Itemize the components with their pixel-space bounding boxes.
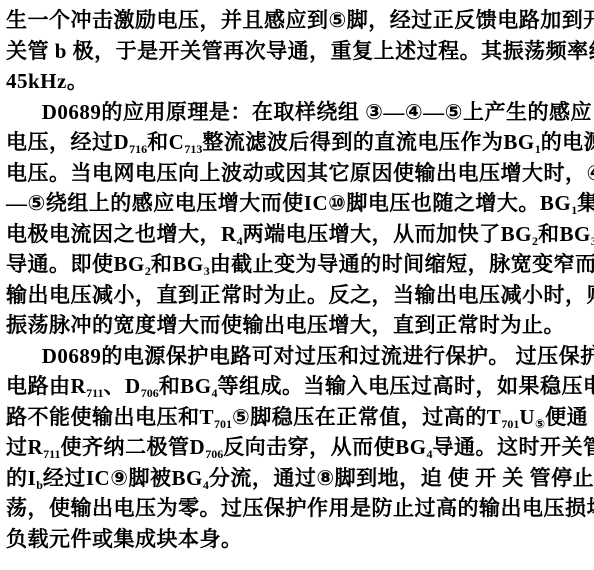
paragraph: D0689的应用原理是：在取样绕组 ③—④—⑤上产生的感应电压，经过D716和C… (6, 97, 588, 341)
subscript: 1 (571, 203, 577, 217)
text-line: 振荡脉冲的宽度增大而使输出电压增大，直到正常时为止。 (6, 310, 588, 341)
text-line: D0689的应用原理是：在取样绕组 ③—④—⑤上产生的感应 (6, 97, 588, 128)
text-line: 荡，使输出电压为零。过压保护作用是防止过高的输出电压损坏 (6, 493, 588, 524)
subscript: 2 (532, 234, 538, 248)
text-line: 过R711使齐纳二极管D706反向击穿，从而使BG4导通。这时开关管 (6, 432, 588, 463)
subscript: 4 (203, 478, 209, 492)
subscript: 701 (214, 417, 232, 431)
subscript: 3 (204, 264, 210, 278)
document-text-block: 生一个冲击激励电压，并且感应到⑤脚，经过正反馈电路加到开关管 b 极，于是开关管… (6, 5, 588, 554)
text-line: —⑤绕组上的感应电压增大而使IC⑩脚电压也随之增大。BG1集 (6, 188, 588, 219)
text-line: D0689的电源保护电路可对过压和过流进行保护。 过压保护 (6, 341, 588, 372)
paragraph: 生一个冲击激励电压，并且感应到⑤脚，经过正反馈电路加到开关管 b 极，于是开关管… (6, 5, 588, 97)
subscript: 706 (205, 447, 223, 461)
text-line: 生一个冲击激励电压，并且感应到⑤脚，经过正反馈电路加到开 (6, 5, 588, 36)
subscript: 2 (145, 264, 151, 278)
subscript: 713 (184, 142, 202, 156)
subscript: 4 (427, 447, 433, 461)
document-page: 生一个冲击激励电压，并且感应到⑤脚，经过正反馈电路加到开关管 b 极，于是开关管… (0, 0, 594, 570)
subscript: 716 (129, 142, 147, 156)
subscript: 701 (501, 417, 519, 431)
text-line: 电压，经过D716和C713整流滤波后得到的直流电压作为BG1的电源 (6, 127, 588, 158)
text-line: 关管 b 极，于是开关管再次导通，重复上述过程。其振荡频率约 (6, 36, 588, 67)
text-line: 45kHz。 (6, 66, 588, 97)
subscript: 4 (212, 386, 218, 400)
subscript: ⑤ (535, 417, 545, 431)
text-line: 的Ib经过IC⑨脚被BG4分流，通过⑧脚到地，迫 使 开 关 管停止振 (6, 463, 588, 494)
text-line: 路不能使输出电压和T701⑤脚稳压在正常值，过高的T701U⑤便通 (6, 402, 588, 433)
paragraph: D0689的电源保护电路可对过压和过流进行保护。 过压保护电路由R711、D70… (6, 341, 588, 555)
text-line: 电路由R711、D706和BG4等组成。当输入电压过高时，如果稳压电 (6, 371, 588, 402)
subscript: 711 (43, 447, 60, 461)
text-line: 电极电流因之也增大，R4两端电压增大，从而加快了BG2和BG3的 (6, 219, 588, 250)
text-line: 电压。当电网电压向上波动或因其它原因使输出电压增大时，④ (6, 158, 588, 189)
subscript: 711 (86, 386, 103, 400)
subscript: b (36, 478, 43, 492)
subscript: 1 (535, 142, 541, 156)
text-line: 负载元件或集成块本身。 (6, 524, 588, 555)
subscript: 706 (141, 386, 159, 400)
text-line: 输出电压减小，直到正常时为止。反之，当输出电压减小时，则 (6, 280, 588, 311)
text-line: 导通。即使BG2和BG3由截止变为导通的时间缩短，脉宽变窄而使 (6, 249, 588, 280)
subscript: 4 (237, 234, 243, 248)
